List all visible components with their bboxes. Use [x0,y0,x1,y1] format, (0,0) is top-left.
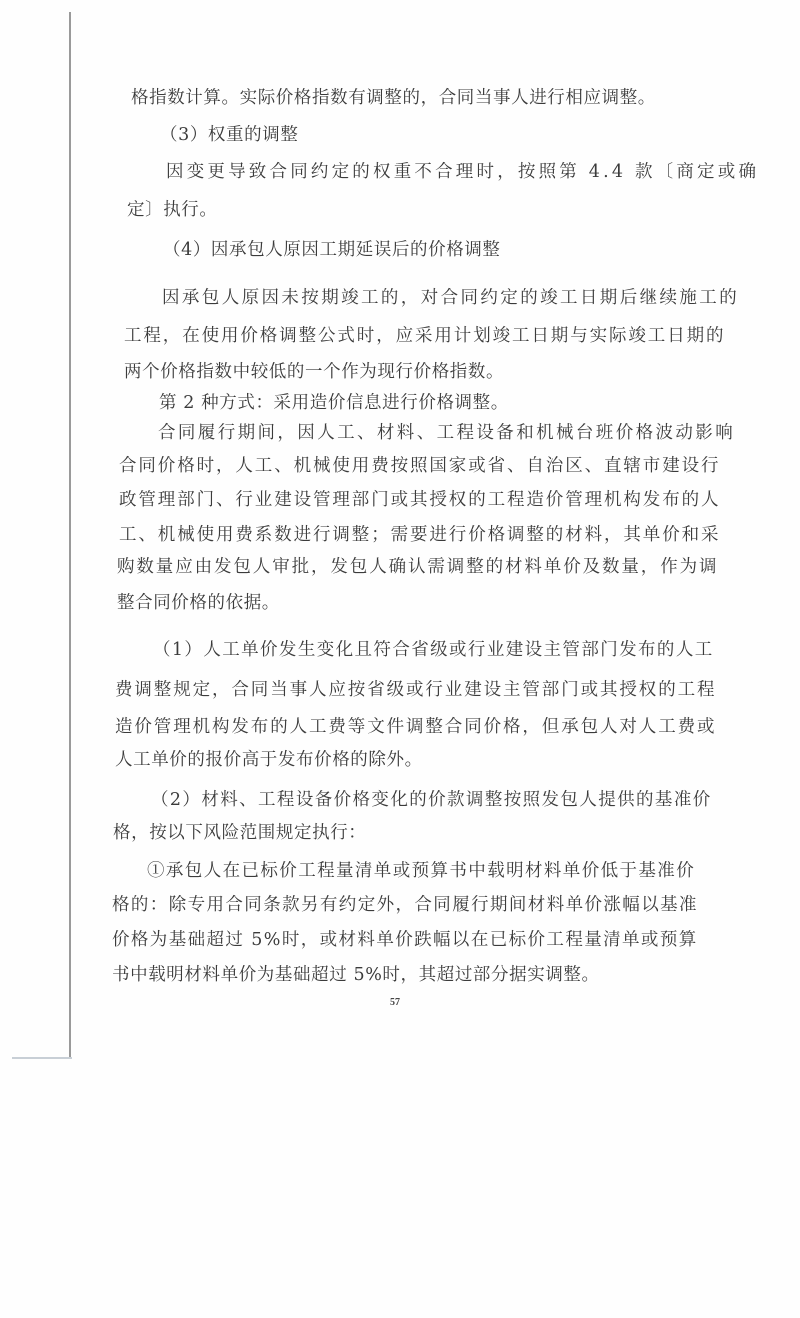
clause-1-labor-price: （1）人工单价发生变化且符合省级或行业建设主管部门发布的人工 [153,639,714,661]
paragraph-line: 造价管理机构发布的人工费等文件调整合同价格，但承包人对人工费或 [115,716,716,738]
paragraph-line: 格的：除专用合同条款另有约定外，合同履行期间材料单价涨幅以基准 [112,894,698,916]
paragraph-line: 因变更导致合同约定的权重不合理时，按照第 4.4 款〔商定或确 [166,161,759,183]
page-number: 57 [390,997,400,1008]
sub-clause-1-risk-range: ①承包人在已标价工程量清单或预算书中载明材料单价低于基准价 [147,860,695,882]
scanned-document-page: 格指数计算。实际价格指数有调整的，合同当事人进行相应调整。 （3）权重的调整 因… [0,0,800,1318]
section-heading-method-2: 第 2 种方式：采用造价信息进行价格调整。 [159,392,509,414]
paragraph-line: 整合同价格的依据。 [117,592,280,614]
paragraph-line: 价格为基础超过 5%时，或材料单价跌幅以在已标价工程量清单或预算 [112,929,698,951]
paragraph-line: 购数量应由发包人审批，发包人确认需调整的材料单价及数量，作为调 [117,556,718,578]
paragraph-line: 因承包人原因未按期竣工的，对合同约定的竣工日期后继续施工的 [162,287,739,309]
paragraph-line: 书中载明材料单价为基础超过 5%时，其超过部分据实调整。 [112,964,600,986]
paragraph-line: 费调整规定，合同当事人应按省级或行业建设主管部门或其授权的工程 [115,679,716,701]
paragraph-line: 格指数计算。实际价格指数有调整的，合同当事人进行相应调整。 [131,87,656,109]
paragraph-line: 人工单价的报价高于发布价格的除外。 [115,749,423,771]
paragraph-line: 工程，在使用价格调整公式时，应采用计划竣工日期与实际竣工日期的 [124,325,725,347]
paragraph-line: 合同价格时，人工、机械使用费按照国家或省、自治区、直辖市建设行 [119,455,720,477]
section-heading-weight-adjustment: （3）权重的调整 [160,124,298,146]
section-heading-delay-price-adjustment: （4）因承包人原因工期延误后的价格调整 [163,239,501,261]
paragraph-line: 两个价格指数中较低的一个作为现行价格指数。 [124,361,504,383]
paragraph-line: 政管理部门、行业建设管理部门或其授权的工程造价管理机构发布的人 [119,489,720,511]
paragraph-line: 合同履行期间，因人工、材料、工程设备和机械台班价格波动影响 [158,422,735,444]
paragraph-line: 定〕执行。 [127,199,218,221]
paragraph-line: 格，按以下风险范围规定执行： [113,822,366,844]
paragraph-line: 工、机械使用费系数进行调整；需要进行价格调整的材料，其单价和采 [119,524,720,546]
binding-margin-line [69,12,71,1059]
clause-2-material-price: （2）材料、工程设备价格变化的价款调整按照发包人提供的基准价 [151,789,712,811]
page-bottom-edge-line [12,1057,72,1059]
